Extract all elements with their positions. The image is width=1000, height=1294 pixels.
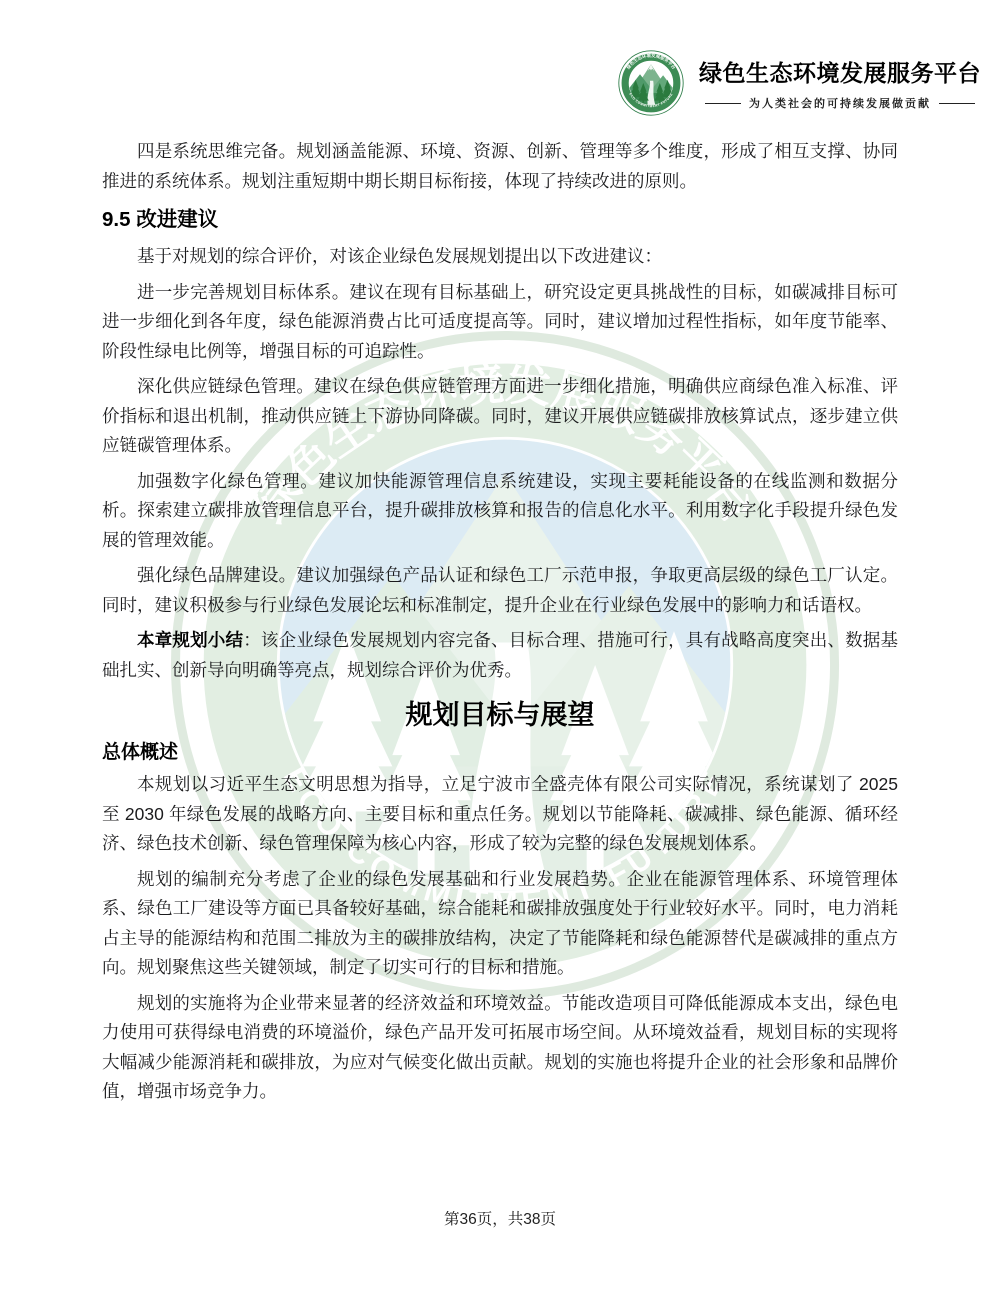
platform-tagline: 为人类社会的可持续发展做贡献 — [705, 95, 975, 111]
section-heading-9-5: 9.5 改进建议 — [102, 207, 898, 233]
chapter-title: 规划目标与展望 — [102, 698, 898, 732]
document-page: { "header": { "platform_name": "绿色生态环境发展… — [0, 0, 1000, 1294]
paragraph-overview-1: 本规划以习近平生态文明思想为指导，立足宁波市全盛壳体有限公司实际情况，系统谋划了… — [102, 770, 898, 859]
tagline-text: 为人类社会的可持续发展做贡献 — [749, 95, 931, 111]
paragraph-green-brand: 强化绿色品牌建设。建议加强绿色产品认证和绿色工厂示范申报，争取更高层级的绿色工厂… — [102, 561, 898, 620]
paragraph-goal-system: 进一步完善规划目标体系。建议在现有目标基础上，研究设定更具挑战性的目标，如碳减排… — [102, 278, 898, 367]
paragraph-overview-2: 规划的编制充分考虑了企业的绿色发展基础和行业发展趋势。企业在能源管理体系、环境管… — [102, 865, 898, 983]
brand-block: 绿色生态环境发展服务平台 为人类社会的可持续发展做贡献 — [699, 55, 981, 111]
paragraph-supply-chain: 深化供应链绿色管理。建议在绿色供应链管理方面进一步细化措施，明确供应商绿色准入标… — [102, 372, 898, 461]
paragraph-chapter-summary: 本章规划小结：该企业绿色发展规划内容完备、目标合理、措施可行，具有战略高度突出、… — [102, 626, 898, 685]
page-header: 绿色生态环境发展服务平台 ECO COMMITMENT FUTURE 绿色生态环… — [618, 50, 981, 116]
paragraph-digital-management: 加强数字化绿色管理。建议加快能源管理信息系统建设，实现主要耗能设备的在线监测和数… — [102, 467, 898, 556]
platform-name: 绿色生态环境发展服务平台 — [699, 55, 981, 88]
subheading-overview: 总体概述 — [102, 741, 898, 765]
paragraph-intro-suggestions: 基于对规划的综合评价，对该企业绿色发展规划提出以下改进建议： — [102, 242, 898, 272]
paragraph-systems-thinking: 四是系统思维完备。规划涵盖能源、环境、资源、创新、管理等多个维度，形成了相互支撑… — [102, 137, 898, 196]
paragraph-overview-3: 规划的实施将为企业带来显著的经济效益和环境效益。节能改造项目可降低能源成本支出，… — [102, 989, 898, 1107]
tagline-dash-left — [705, 103, 741, 104]
document-content: 四是系统思维完备。规划涵盖能源、环境、资源、创新、管理等多个维度，形成了相互支撑… — [102, 137, 898, 1113]
tagline-dash-right — [939, 103, 975, 104]
platform-logo-icon: 绿色生态环境发展服务平台 ECO COMMITMENT FUTURE — [618, 50, 684, 116]
page-number-indicator: 第36页，共38页 — [0, 1207, 1000, 1229]
chapter-summary-lead: 本章规划小结 — [137, 630, 243, 650]
